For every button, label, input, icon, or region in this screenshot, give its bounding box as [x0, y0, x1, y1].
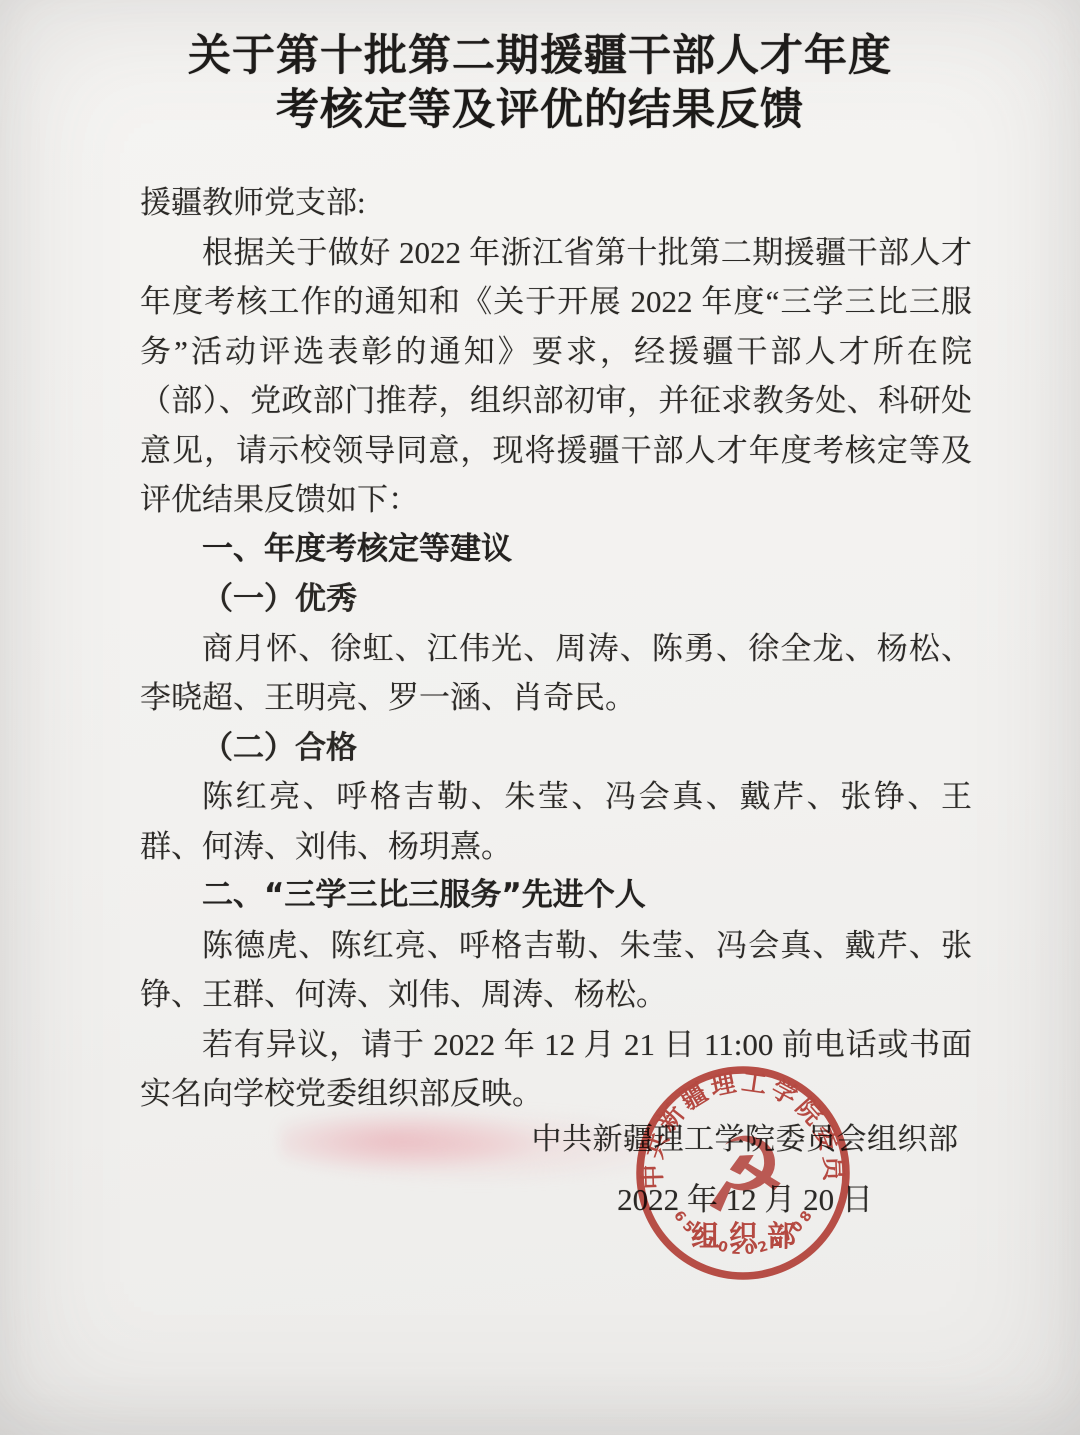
document-title: 关于第十批第二期援疆干部人才年度 考核定等及评优的结果反馈: [0, 30, 1080, 138]
title-line-1: 关于第十批第二期援疆干部人才年度: [0, 30, 1080, 84]
official-seal: 中共新疆理工学院委员会 ☭ 组织部 6501020247087: [628, 1058, 858, 1288]
section1-sub1-names: 商月怀、徐虹、江伟光、周涛、陈勇、徐全龙、杨松、李晓超、王明亮、罗一涵、肖奇民。: [140, 624, 972, 723]
document-page: 关于第十批第二期援疆干部人才年度 考核定等及评优的结果反馈 援疆教师党支部: 根…: [0, 0, 1080, 1435]
section2-names: 陈德虎、陈红亮、呼格吉勒、朱莹、冯会真、戴芹、张铮、王群、何涛、刘伟、周涛、杨松…: [140, 921, 972, 1020]
intro-paragraph: 根据关于做好 2022 年浙江省第十批第二期援疆干部人才年度考核工作的通知和《关…: [140, 228, 972, 525]
document-body: 援疆教师党支部: 根据关于做好 2022 年浙江省第十批第二期援疆干部人才年度考…: [140, 178, 972, 1119]
section1-sub2-names: 陈红亮、呼格吉勒、朱莹、冯会真、戴芹、张铮、王群、何涛、刘伟、杨玥熹。: [140, 772, 972, 871]
section2-heading: 二、“三学三比三服务”先进个人: [140, 871, 972, 921]
section1-sub2-heading: （二）合格: [140, 723, 972, 773]
salutation: 援疆教师党支部:: [140, 178, 972, 228]
section1-heading: 一、年度考核定等建议: [140, 525, 972, 575]
title-line-2: 考核定等及评优的结果反馈: [0, 84, 1080, 138]
section1-sub1-heading: （一）优秀: [140, 574, 972, 624]
